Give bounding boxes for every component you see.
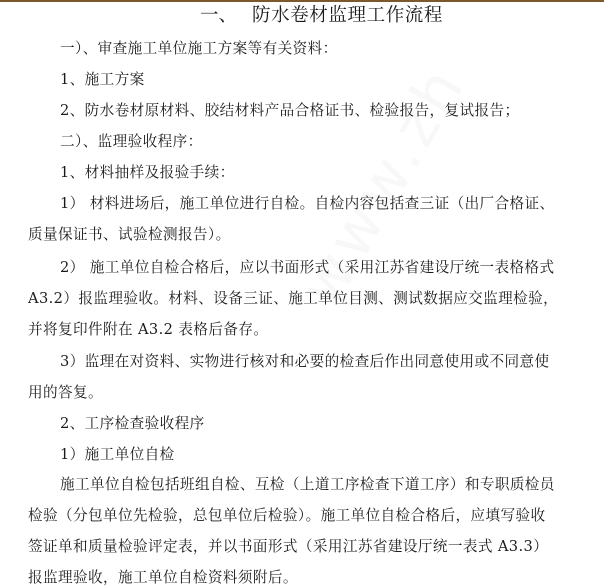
- list-item-process-check: 2、工序检查验收程序: [60, 408, 584, 439]
- section-heading-review: 一）、审查施工单位施工方案等有关资料：: [60, 33, 584, 64]
- list-item-sampling: 1、材料抽样及报验手续：: [60, 157, 584, 188]
- paragraph-self-check: 1） 材料进场后，施工单位进行自检。自检内容包括查三证（出厂合格证、 质量保证书…: [28, 188, 584, 250]
- document-title: 一、 防水卷材监理工作流程: [0, 2, 604, 30]
- title-number: 一、: [200, 2, 237, 30]
- section-heading-acceptance: 二）、监理验收程序：: [60, 126, 584, 157]
- paragraph-self-check-details: 施工单位自检包括班组自检、互检（上道工序检查下道工序）和专职质检员 检验（分包单…: [28, 469, 584, 588]
- paragraph-written-report: 2） 施工单位自检合格后，应以书面形式（采用江苏省建设厅统一表格格式 A3.2）…: [28, 252, 584, 345]
- list-item-construction-plan: 1、施工方案: [60, 64, 584, 95]
- list-item-contractor-self-check: 1）施工单位自检: [60, 439, 584, 470]
- title-text: 防水卷材监理工作流程: [252, 2, 443, 30]
- list-item-material-certificates: 2、防水卷材原材料、胶结材料产品合格证书、检验报告，复试报告；: [60, 95, 584, 126]
- paragraph-supervisor-reply: 3）监理在对资料、实物进行核对和必要的检查后作出同意使用或不同意使 用的答复。: [28, 346, 584, 408]
